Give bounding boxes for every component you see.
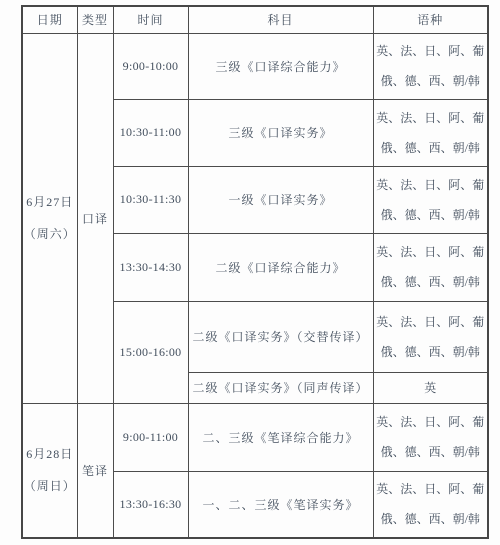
language-line: 俄、德、西、朝/韩 — [374, 133, 488, 163]
date-cell-jun27: 6月27日 （周六） — [22, 33, 77, 403]
date-cell-jun28: 6月28日 （周日） — [22, 403, 77, 538]
header-row: 日期 类型 时间 科目 语种 — [22, 6, 488, 33]
subject-cell: 二级《口译综合能力》 — [188, 233, 373, 301]
language-cell: 英、法、日、阿、葡 俄、德、西、朝/韩 — [373, 233, 488, 301]
language-cell: 英、法、日、阿、葡 俄、德、西、朝/韩 — [373, 99, 488, 166]
language-cell: 英、法、日、阿、葡 俄、德、西、朝/韩 — [373, 471, 488, 538]
subject-cell: 二级《口译实务》（同声传译） — [188, 372, 373, 403]
col-header-date: 日期 — [22, 6, 77, 33]
col-header-language: 语种 — [373, 6, 488, 33]
type-cell-interpreting: 口译 — [77, 33, 113, 403]
language-line: 俄、德、西、朝/韩 — [374, 200, 488, 230]
exam-schedule-table-wrap: 日期 类型 时间 科目 语种 6月27日 （周六） 口译 9:00-10:00 … — [21, 5, 489, 539]
table-row: 6月28日 （周日） 笔译 9:00-11:00 二、三级《笔译综合能力》 英、… — [22, 403, 488, 471]
language-line: 俄、德、西、朝/韩 — [374, 437, 488, 467]
time-cell: 13:30-14:30 — [113, 233, 188, 301]
subject-cell: 二、三级《笔译综合能力》 — [188, 403, 373, 471]
language-cell: 英、法、日、阿、葡 俄、德、西、朝/韩 — [373, 166, 488, 233]
subject-cell: 三级《口译综合能力》 — [188, 33, 373, 99]
language-line: 英 — [374, 373, 488, 403]
language-line: 俄、德、西、朝/韩 — [374, 504, 488, 534]
col-header-time: 时间 — [113, 6, 188, 33]
language-line: 英、法、日、阿、葡 — [374, 36, 488, 66]
weekday-text: （周六） — [23, 218, 77, 250]
language-line: 俄、德、西、朝/韩 — [374, 337, 488, 367]
col-header-type: 类型 — [77, 6, 113, 33]
date-text: 6月28日 — [23, 438, 77, 470]
language-line: 英、法、日、阿、葡 — [374, 237, 488, 267]
language-line: 英、法、日、阿、葡 — [374, 307, 488, 337]
time-cell: 10:30-11:30 — [113, 166, 188, 233]
language-line: 俄、德、西、朝/韩 — [374, 66, 488, 96]
subject-cell: 一级《口译实务》 — [188, 166, 373, 233]
time-cell: 15:00-16:00 — [113, 301, 188, 403]
subject-cell: 二级《口译实务》（交替传译） — [188, 301, 373, 372]
language-line: 英、法、日、阿、葡 — [374, 407, 488, 437]
language-cell: 英、法、日、阿、葡 俄、德、西、朝/韩 — [373, 301, 488, 372]
weekday-text: （周日） — [23, 470, 77, 502]
language-line: 英、法、日、阿、葡 — [374, 474, 488, 504]
time-cell: 13:30-16:30 — [113, 471, 188, 538]
time-cell: 10:30-11:00 — [113, 99, 188, 166]
subject-cell: 一、二、三级《笔译实务》 — [188, 471, 373, 538]
time-cell: 9:00-10:00 — [113, 33, 188, 99]
type-cell-translation: 笔译 — [77, 403, 113, 538]
table-row: 6月27日 （周六） 口译 9:00-10:00 三级《口译综合能力》 英、法、… — [22, 33, 488, 99]
language-cell: 英、法、日、阿、葡 俄、德、西、朝/韩 — [373, 33, 488, 99]
exam-schedule-table: 日期 类型 时间 科目 语种 6月27日 （周六） 口译 9:00-10:00 … — [21, 5, 489, 539]
language-cell: 英 — [373, 372, 488, 403]
subject-cell: 三级《口译实务》 — [188, 99, 373, 166]
time-cell: 9:00-11:00 — [113, 403, 188, 471]
col-header-subject: 科目 — [188, 6, 373, 33]
language-line: 俄、德、西、朝/韩 — [374, 267, 488, 297]
language-cell: 英、法、日、阿、葡 俄、德、西、朝/韩 — [373, 403, 488, 471]
page: 日期 类型 时间 科目 语种 6月27日 （周六） 口译 9:00-10:00 … — [0, 0, 500, 545]
language-line: 英、法、日、阿、葡 — [374, 103, 488, 133]
date-text: 6月27日 — [23, 186, 77, 218]
language-line: 英、法、日、阿、葡 — [374, 170, 488, 200]
